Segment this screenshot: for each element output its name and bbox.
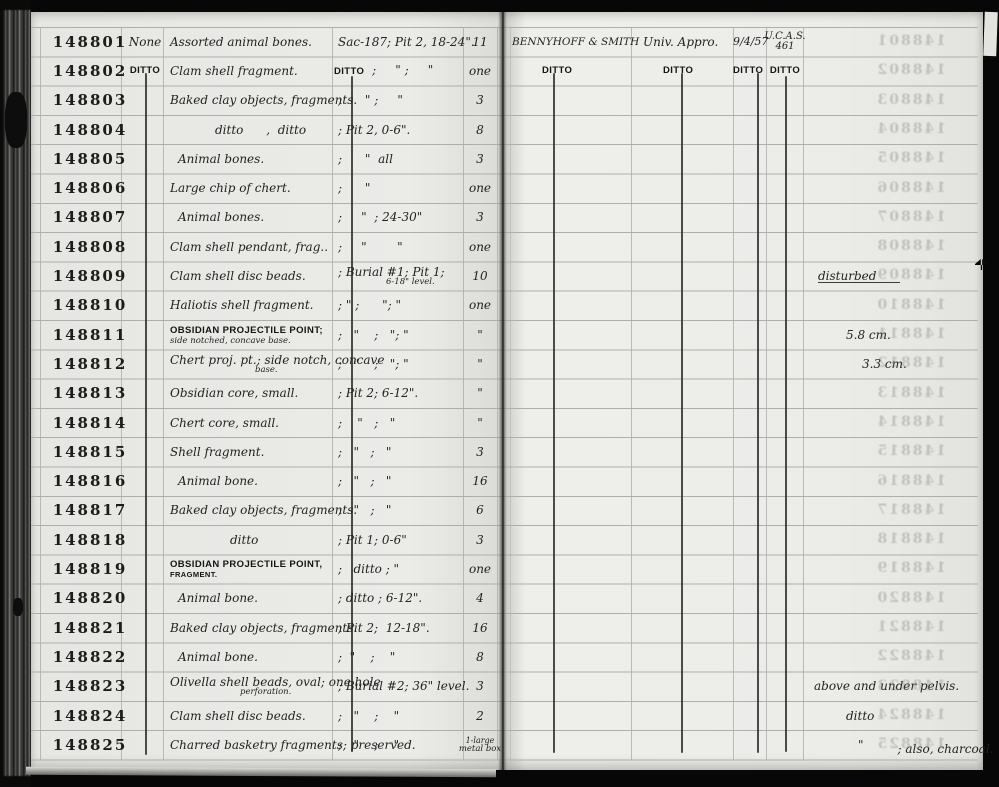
funding: DITTO: [663, 65, 735, 77]
provenience: ; " ; ": [338, 651, 395, 663]
count: one: [469, 299, 491, 311]
item-description: ditto: [230, 534, 333, 546]
provenience: ; " ; ": [338, 417, 395, 429]
count: ": [477, 417, 483, 429]
remarks: ": [858, 739, 864, 751]
bleed-through-number: 148819: [884, 560, 946, 576]
remarks: ditto: [846, 710, 874, 722]
item-description-note: perforation.: [240, 688, 333, 696]
item-description-note: base.: [255, 366, 333, 374]
catalog-number: 148806: [53, 182, 128, 194]
provenience: ; " all: [338, 153, 393, 165]
page-fold: [498, 12, 507, 770]
catalog-number: 148816: [53, 475, 128, 487]
item-description: Baked clay objects, fragments.: [170, 622, 333, 634]
scanned-ledger-page: 148801 None Assorted animal bones. Sac-1…: [0, 0, 999, 787]
catalog-number: 148813: [53, 387, 128, 399]
item-description-note: FRAGMENT.: [170, 571, 333, 579]
count: 3: [476, 534, 484, 546]
item-description: Chert core, small.: [170, 417, 333, 429]
funding: Univ. Appro.: [643, 36, 735, 48]
count: one: [469, 563, 491, 575]
bleed-through-number: 148805: [884, 150, 946, 166]
item-description: Animal bone.: [178, 651, 333, 663]
provenience: ; Pit 2; 6-12".: [338, 387, 418, 399]
catalog-number: 148802: [53, 65, 128, 77]
count: 3: [476, 211, 484, 223]
binder-clip: [5, 92, 27, 148]
bleed-through-number: 148821: [884, 619, 946, 635]
count: 3: [476, 153, 484, 165]
catalog-number: 148811: [53, 329, 128, 341]
count: 3: [476, 680, 484, 692]
bleed-through-number: 148824: [884, 707, 946, 723]
item-description: Shell fragment.: [170, 446, 333, 458]
bleed-through-number: 148817: [884, 502, 946, 518]
item-description: ditto , ditto: [215, 124, 333, 136]
item-description: Clam shell disc beads.: [170, 270, 333, 282]
item-description: Animal bone.: [178, 592, 333, 604]
catalog-number: 148807: [53, 211, 128, 223]
bleed-through-number: 148815: [884, 443, 946, 459]
count: 4: [476, 592, 484, 604]
catalog-number: 148803: [53, 94, 128, 106]
item-description: Chert proj. pt.; side notch, concave: [170, 354, 333, 366]
accession-note: None: [129, 36, 162, 48]
count: 16: [472, 475, 487, 487]
item-description: Animal bones.: [178, 153, 333, 165]
catalog-number: 148805: [53, 153, 128, 165]
catalog-number: 148810: [53, 299, 128, 311]
count: one: [469, 182, 491, 194]
date: DITTO: [733, 65, 766, 77]
catalog-number: 148815: [53, 446, 128, 458]
catalog-number: 148804: [53, 124, 128, 136]
item-description: Large chip of chert.: [170, 182, 333, 194]
bleed-through-number: 148801: [884, 33, 946, 49]
catalog-number: 148819: [53, 563, 128, 575]
item-description: Haliotis shell fragment.: [170, 299, 333, 311]
provenience: ; Pit 1; 0-6": [338, 534, 407, 546]
catalog-number: 148812: [53, 358, 128, 370]
bleed-through-number: 148802: [884, 62, 946, 78]
catalog-number: 148820: [53, 592, 128, 604]
catalog-number: 148814: [53, 417, 128, 429]
item-description: Clam shell pendant, frag..: [170, 241, 333, 253]
bleed-through-number: 148809: [884, 267, 946, 283]
collector: Bennyhoff & Smith: [512, 36, 632, 48]
bleed-through-number: 148807: [884, 209, 946, 225]
count-note: metal box: [459, 745, 501, 753]
provenience: ; " ; ": [338, 475, 391, 487]
provenience: ; ": [338, 182, 370, 194]
bleed-through-number: 148814: [884, 414, 946, 430]
item-description: Baked clay objects, fragments.: [170, 504, 333, 516]
provenience: ; " ": [338, 241, 403, 253]
bleed-through-number: 148820: [884, 590, 946, 606]
provenience: ; " ; "; ": [338, 329, 409, 341]
count: 3: [476, 446, 484, 458]
count: 3: [476, 94, 484, 106]
item-description: Obsidian core, small.: [170, 387, 333, 399]
item-description-note: side notched, concave base.: [170, 337, 333, 345]
institution: DITTO: [770, 66, 800, 76]
provenience: ; " ; "; ": [338, 299, 401, 311]
bleed-through-number: 148806: [884, 180, 946, 196]
bleed-through-number: 148825: [884, 736, 946, 752]
page-corner: [983, 12, 998, 56]
item-description: Animal bones.: [178, 211, 333, 223]
provenience: ; Pit 2, 0-6".: [338, 124, 410, 136]
provenience: ; ditto ; ": [338, 563, 399, 575]
item-description: Clam shell fragment.: [170, 65, 333, 77]
collector: DITTO: [542, 65, 632, 77]
item-description: Baked clay objects, fragments.: [170, 94, 333, 106]
provenience: ; " ; ": [368, 64, 433, 76]
accession-note: DITTO: [130, 65, 160, 77]
item-description: Animal bone.: [178, 475, 333, 487]
count: ": [477, 329, 483, 341]
binder-clip: [13, 598, 23, 616]
bleed-through-number: 148803: [884, 92, 946, 108]
bleed-through-number: 148813: [884, 385, 946, 401]
item-description: Clam shell disc beads.: [170, 710, 333, 722]
provenience: ; " ; ": [338, 710, 399, 722]
count: 8: [476, 124, 484, 136]
item-description: OBSIDIAN PROJECTILE POINT;: [170, 325, 333, 337]
catalog-number: 148823: [53, 680, 128, 692]
bleed-through-number: 148812: [884, 355, 946, 371]
provenience: ; " ; ": [338, 446, 391, 458]
catalog-number: 148824: [53, 710, 128, 722]
count: 2: [476, 710, 484, 722]
date: 9/4/57: [733, 36, 766, 48]
page-bottom-edge: [26, 767, 496, 777]
count: 16: [472, 622, 487, 634]
count: 10: [472, 270, 487, 282]
provenience: ; Pit 2; 12-18".: [338, 622, 430, 634]
bleed-through-number: 148808: [884, 238, 946, 254]
provenience: ; Burial #2; 36" level.: [338, 680, 469, 692]
provenience: ; " ; ": [338, 504, 391, 516]
bleed-through-number: 148810: [884, 297, 946, 313]
count: 11: [472, 36, 487, 48]
catalog-number: 148808: [53, 241, 128, 253]
provenience: ; ditto ; 6-12".: [338, 592, 422, 604]
catalog-number: 148821: [53, 622, 128, 634]
institution-number: 461: [775, 42, 794, 52]
item-description: Charred basketry fragments; preserved.: [170, 739, 333, 751]
bleed-through-number: 148818: [884, 531, 946, 547]
bleed-through-number: 148822: [884, 648, 946, 664]
count: 8: [476, 651, 484, 663]
catalog-number: 148825: [53, 739, 128, 751]
catalog-number: 148809: [53, 270, 128, 282]
bleed-through-number: 148804: [884, 121, 946, 137]
count: ": [477, 387, 483, 399]
catalog-number: 148801: [53, 36, 128, 48]
catalog-number: 148822: [53, 651, 128, 663]
provenience: ; " ; ": [338, 739, 399, 751]
provenience: ; " ; ": [338, 94, 403, 106]
provenience-ditto: DITTO: [334, 66, 364, 78]
bleed-through-number: 148816: [884, 473, 946, 489]
count: 6: [476, 504, 484, 516]
provenience: Sac-187; Pit 2, 18-24".: [338, 36, 475, 48]
catalog-number: 148818: [53, 534, 128, 546]
count: one: [469, 65, 491, 77]
count: one: [469, 241, 491, 253]
catalog-number: 148817: [53, 504, 128, 516]
provenience: ; " ; "; ": [338, 358, 409, 370]
provenience-note: 6-18" level.: [386, 278, 464, 286]
item-description: Assorted animal bones.: [170, 36, 333, 48]
provenience: ; " ; 24-30": [338, 211, 422, 223]
bleed-through-number: 148811: [884, 326, 946, 342]
bleed-through-number: 148823: [884, 678, 946, 694]
count: ": [477, 358, 483, 370]
